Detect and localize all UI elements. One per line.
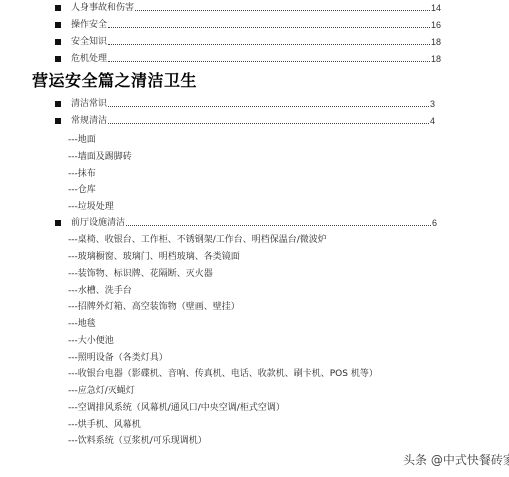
toc-page-number: 6	[432, 216, 437, 230]
toc-sub-item: ---地毯	[68, 317, 96, 331]
toc-entry[interactable]: 操作安全 16	[55, 18, 441, 32]
square-bullet-icon	[55, 220, 61, 226]
toc-sub-item: ---垃圾处理	[68, 200, 114, 214]
square-bullet-icon	[55, 101, 61, 107]
toc-entry[interactable]: 危机处理 18	[55, 52, 441, 66]
toc-sub-item: ---水槽、洗手台	[68, 284, 132, 298]
toc-entry[interactable]: 人身事故和伤害 14	[55, 1, 441, 15]
toc-entry-label: 常规清洁	[71, 114, 107, 128]
dotted-leader	[108, 27, 430, 28]
toc-page-number: 14	[431, 1, 441, 15]
toc-sub-item: ---仓库	[68, 183, 96, 197]
toc-sub-item: ---应急灯/灭蝇灯	[68, 384, 135, 398]
toc-page-number: 16	[431, 18, 441, 32]
toc-entry-label: 操作安全	[71, 18, 107, 32]
square-bullet-icon	[55, 118, 61, 124]
toc-entry-label: 安全知识	[71, 35, 107, 49]
toc-sub-item: ---地面	[68, 133, 96, 147]
toc-sub-item: ---饮料系统（豆浆机/可乐现调机）	[68, 434, 207, 448]
dotted-leader	[108, 123, 429, 124]
toc-sub-item: ---收银台电器（影碟机、音响、传真机、电话、收款机、刷卡机、POS 机等）	[68, 367, 378, 381]
section-title: 营运安全篇之清洁卫生	[32, 68, 197, 91]
toc-sub-item: ---桌椅、收银台、工作柜、不锈钢架/工作台、明档保温台/微波炉	[68, 233, 327, 247]
toc-sub-item: ---大小便池	[68, 334, 114, 348]
toc-entry-label: 前厅设施清洁	[71, 216, 125, 230]
dotted-leader	[108, 61, 430, 62]
toc-entry[interactable]: 前厅设施清洁 6	[55, 216, 437, 230]
toc-sub-item: ---招牌外灯箱、高空装饰物（壁画、壁挂）	[68, 300, 240, 314]
toc-entry-label: 危机处理	[71, 52, 107, 66]
toc-entry[interactable]: 安全知识 18	[55, 35, 441, 49]
square-bullet-icon	[55, 5, 61, 11]
toc-entry[interactable]: 清洁常识 3	[55, 97, 435, 111]
square-bullet-icon	[55, 56, 61, 62]
toc-sub-item: ---烘手机、风幕机	[68, 418, 141, 432]
toc-sub-item: ---装饰物、标识牌、花隔断、灭火器	[68, 267, 213, 281]
dotted-leader	[108, 44, 430, 45]
toc-sub-item: ---墙面及踢脚砖	[68, 150, 132, 164]
toc-entry-label: 人身事故和伤害	[71, 1, 134, 15]
toc-sub-item: ---抹布	[68, 167, 96, 181]
toc-sub-item: ---空调排风系统（风幕机/通风口/中央空调/柜式空调）	[68, 401, 285, 415]
toc-page-number: 18	[431, 35, 441, 49]
square-bullet-icon	[55, 22, 61, 28]
watermark: 头条 @中式快餐砖家	[403, 451, 509, 468]
dotted-leader	[108, 106, 429, 107]
toc-page-number: 18	[431, 52, 441, 66]
dotted-leader	[126, 225, 431, 226]
square-bullet-icon	[55, 39, 61, 45]
toc-entry-label: 清洁常识	[71, 97, 107, 111]
toc-sub-item: ---玻璃橱窗、玻璃门、明档玻璃、各类镜面	[68, 250, 240, 264]
toc-entry[interactable]: 常规清洁 4	[55, 114, 435, 128]
toc-sub-item: ---照明设备（各类灯具）	[68, 351, 168, 365]
dotted-leader	[135, 10, 430, 11]
toc-page-number: 4	[430, 114, 435, 128]
toc-page-number: 3	[430, 97, 435, 111]
